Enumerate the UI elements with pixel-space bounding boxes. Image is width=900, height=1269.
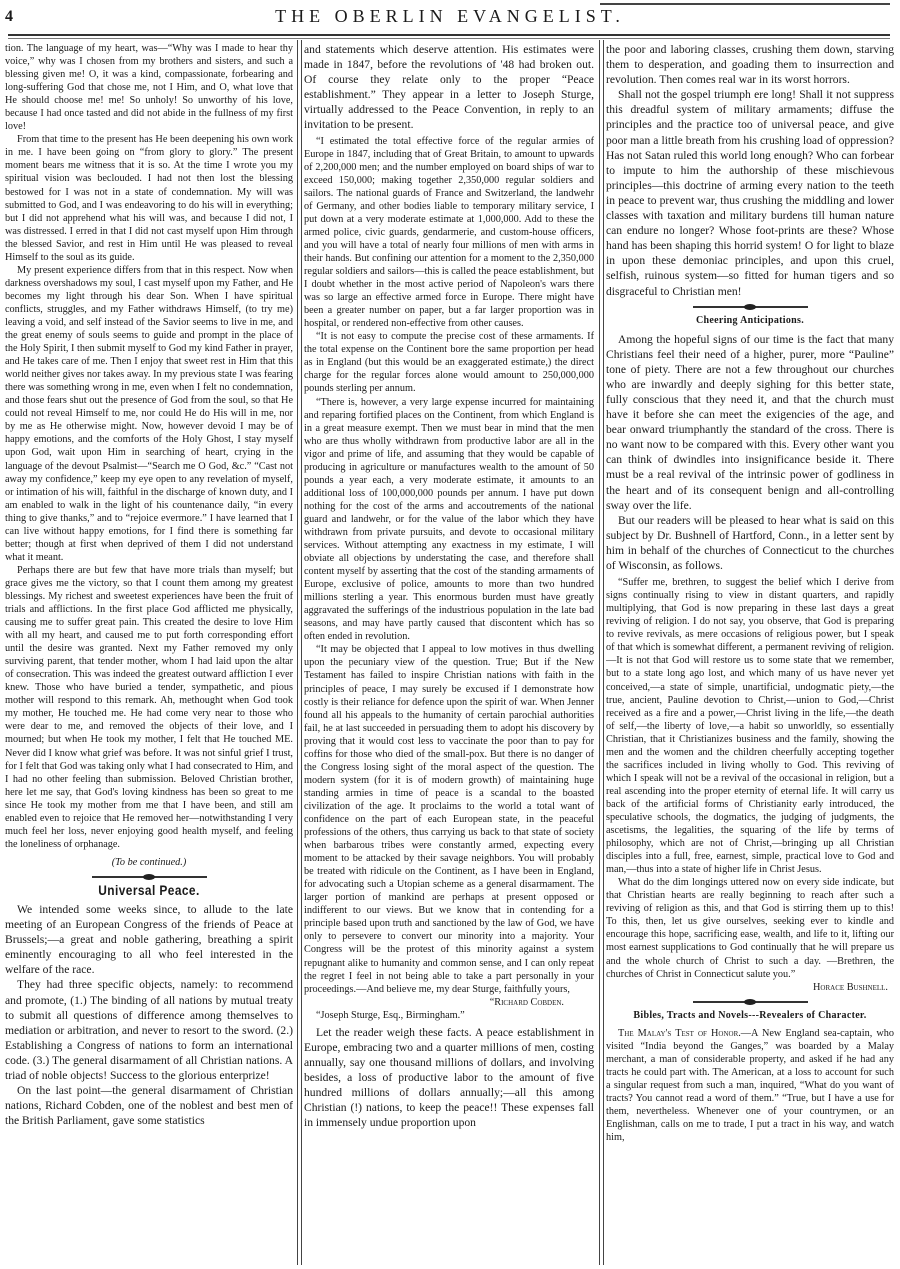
paragraph: Among the hopeful signs of our time is t… [606,332,894,513]
paragraph: What do the dim longings uttered now on … [606,876,894,980]
masthead: 4 THE OBERLIN EVANGELIST. [0,0,900,40]
intro-block: and statements which deserve attention. … [304,42,594,133]
column-2: and statements which deserve attention. … [304,42,594,1130]
paragraph: and statements which deserve attention. … [304,42,594,133]
ornamental-divider [693,1001,808,1003]
paragraph: Let the reader weigh these facts. A peac… [304,1025,594,1131]
article-body-cheering-anticipations: Among the hopeful signs of our time is t… [606,332,894,574]
addressee: “Joseph Sturge, Esq., Birmingham.” [304,1009,594,1022]
ornamental-divider [92,876,207,878]
column-divider-2 [599,40,604,1265]
ornamental-divider [693,306,808,308]
lead-in: The Malay's Test of Honor. [618,1028,741,1039]
masthead-rule [8,34,890,39]
paragraph: But our readers will be pleased to hear … [606,513,894,573]
paragraph: “There is, however, a very large expense… [304,396,594,644]
bushnell-letter: “Suffer me, brethren, to suggest the bel… [606,576,894,994]
paragraph: tion. The language of my heart, was—“Why… [5,42,293,133]
paragraph: On the last point—the general disarmamen… [5,1083,293,1128]
paragraph: My present experience differs from that … [5,264,293,564]
newspaper-title: THE OBERLIN EVANGELIST. [0,6,900,27]
signature-bushnell: Horace Bushnell. [606,981,894,994]
article-heading-universal-peace: Universal Peace. [27,884,272,897]
article-heading-cheering-anticipations: Cheering Anticipations. [606,314,894,327]
paragraph-text: —A New England sea-captain, who visited … [606,1028,894,1143]
paragraph: We intended some weeks since, to allude … [5,902,293,977]
continued-note: (To be continued.) [5,856,293,869]
newspaper-page: 4 THE OBERLIN EVANGELIST. tion. The lang… [0,0,900,1269]
column-1: tion. The language of my heart, was—“Why… [5,42,293,1128]
column-divider-1 [297,40,302,1265]
paragraph: “Suffer me, brethren, to suggest the bel… [606,576,894,876]
article-body-universal-peace: We intended some weeks since, to allude … [5,902,293,1128]
paragraph: the poor and laboring classes, crushing … [606,42,894,87]
paragraph: “It may be objected that I appeal to low… [304,643,594,995]
column-3: the poor and laboring classes, crushing … [606,42,894,1144]
paragraph: “I estimated the total effective force o… [304,135,594,331]
masthead-top-rule [600,3,890,5]
peace-continuation: the poor and laboring classes, crushing … [606,42,894,299]
cobden-letter: “I estimated the total effective force o… [304,135,594,1022]
paragraph: They had three specific objects, namely:… [5,977,293,1083]
closing-block: Let the reader weigh these facts. A peac… [304,1025,594,1131]
article-heading-bibles-tracts-novels: Bibles, Tracts and Novels---Revealers of… [606,1009,894,1022]
article-body-malay-test: The Malay's Test of Honor.—A New England… [606,1027,894,1144]
paragraph: Perhaps there are but few that have more… [5,564,293,851]
signature-cobden: “Richard Cobden. [304,996,594,1009]
paragraph: From that time to the present has He bee… [5,133,293,263]
paragraph: The Malay's Test of Honor.—A New England… [606,1027,894,1144]
paragraph: “It is not easy to compute the precise c… [304,330,594,395]
paragraph: Shall not the gospel triumph ere long! S… [606,87,894,298]
